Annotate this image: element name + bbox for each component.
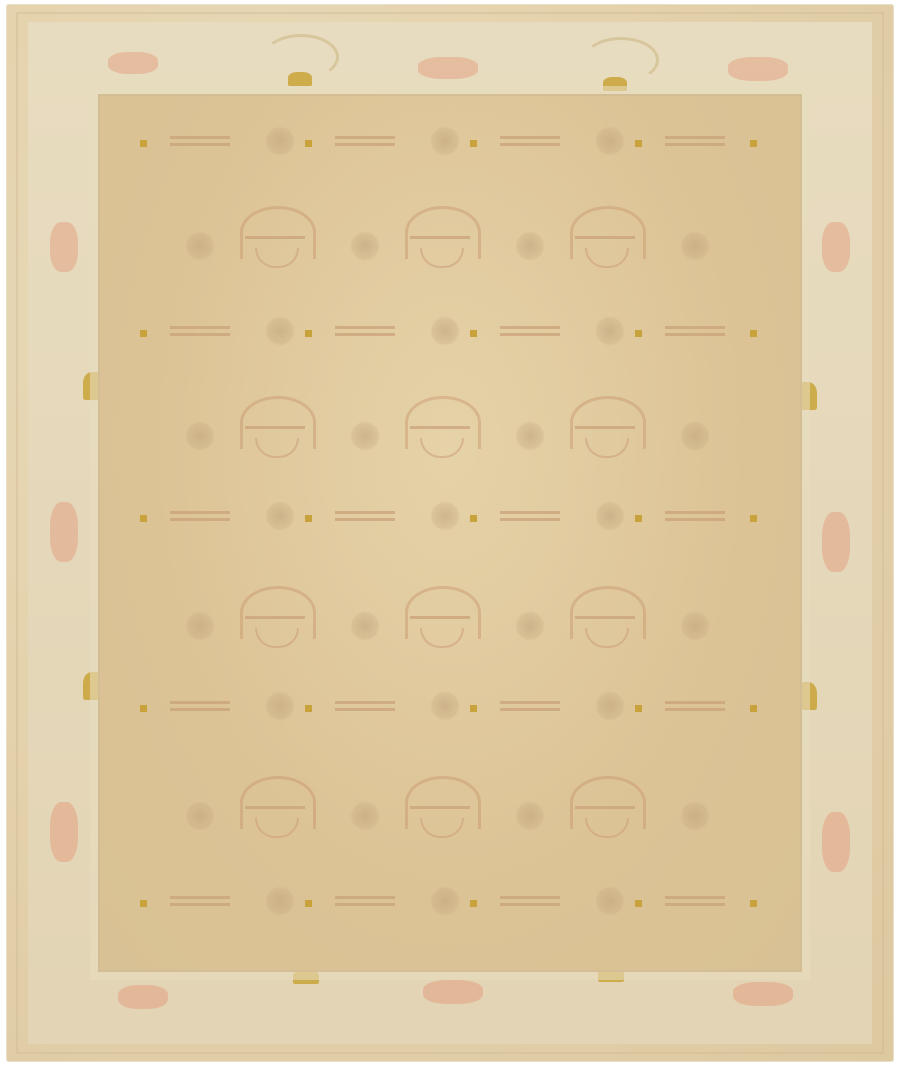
rosette-motif <box>185 421 215 451</box>
urn-motif <box>500 701 560 741</box>
urn-motif <box>500 896 560 936</box>
mustard-dot <box>305 515 312 522</box>
mustard-dot <box>470 900 477 907</box>
urn-motif <box>245 806 305 846</box>
border-flower <box>822 812 850 872</box>
rosette-motif <box>515 421 545 451</box>
motif-row <box>100 316 800 386</box>
rosette-motif <box>350 801 380 831</box>
rug <box>6 4 894 1062</box>
rosette-motif <box>680 611 710 641</box>
border-flower <box>50 222 78 272</box>
border-flower <box>822 222 850 272</box>
rosette-motif <box>350 421 380 451</box>
mustard-dot <box>635 705 642 712</box>
motif-row <box>100 586 800 656</box>
urn-motif <box>500 326 560 366</box>
motif-row <box>100 886 800 956</box>
mustard-dot <box>635 900 642 907</box>
mustard-dot <box>140 330 147 337</box>
mustard-dot <box>635 515 642 522</box>
rosette-motif <box>185 611 215 641</box>
rosette-motif <box>680 421 710 451</box>
rosette-motif <box>265 126 295 156</box>
border-tulip <box>293 970 319 984</box>
mustard-dot <box>750 330 757 337</box>
border-flower <box>822 512 850 572</box>
urn-motif <box>500 136 560 176</box>
urn-motif <box>245 426 305 466</box>
rosette-motif <box>350 611 380 641</box>
rosette-motif <box>680 231 710 261</box>
urn-motif <box>665 896 725 936</box>
rosette-motif <box>595 501 625 531</box>
urn-motif <box>335 701 395 741</box>
border-flower <box>418 57 478 79</box>
mustard-dot <box>140 705 147 712</box>
motif-row <box>100 691 800 761</box>
border-flower <box>423 980 483 1004</box>
urn-motif <box>575 426 635 466</box>
urn-motif <box>410 616 470 656</box>
mustard-dot <box>305 140 312 147</box>
border-flower <box>50 502 78 562</box>
urn-motif <box>575 236 635 276</box>
rug-field <box>98 94 802 972</box>
rosette-motif <box>515 231 545 261</box>
urn-motif <box>665 136 725 176</box>
urn-motif <box>500 511 560 551</box>
motif-row <box>100 126 800 196</box>
rosette-motif <box>350 231 380 261</box>
motif-row <box>100 501 800 571</box>
mustard-dot <box>470 515 477 522</box>
urn-motif <box>170 326 230 366</box>
border-scroll <box>263 34 339 80</box>
urn-motif <box>245 236 305 276</box>
urn-motif <box>665 511 725 551</box>
mustard-dot <box>470 705 477 712</box>
border-scroll <box>583 37 659 83</box>
rosette-motif <box>595 126 625 156</box>
rosette-motif <box>430 126 460 156</box>
rosette-motif <box>515 801 545 831</box>
rosette-motif <box>265 886 295 916</box>
mustard-dot <box>140 140 147 147</box>
mustard-dot <box>750 140 757 147</box>
urn-motif <box>335 136 395 176</box>
mustard-dot <box>140 515 147 522</box>
rosette-motif <box>265 691 295 721</box>
urn-motif <box>410 236 470 276</box>
urn-motif <box>335 326 395 366</box>
rosette-motif <box>595 886 625 916</box>
mustard-dot <box>305 900 312 907</box>
border-flower <box>728 57 788 81</box>
border-flower <box>50 802 78 862</box>
urn-motif <box>335 511 395 551</box>
urn-motif <box>575 806 635 846</box>
rosette-motif <box>680 801 710 831</box>
urn-motif <box>575 616 635 656</box>
mustard-dot <box>635 330 642 337</box>
border-flower <box>108 52 158 74</box>
mustard-dot <box>140 900 147 907</box>
urn-motif <box>245 616 305 656</box>
motif-row <box>100 396 800 466</box>
mustard-dot <box>470 330 477 337</box>
rosette-motif <box>430 501 460 531</box>
mustard-dot <box>750 900 757 907</box>
rosette-motif <box>595 316 625 346</box>
mustard-dot <box>635 140 642 147</box>
mustard-dot <box>750 705 757 712</box>
rosette-motif <box>430 691 460 721</box>
urn-motif <box>170 701 230 741</box>
rosette-motif <box>515 611 545 641</box>
urn-motif <box>410 806 470 846</box>
urn-motif <box>665 326 725 366</box>
mustard-dot <box>305 330 312 337</box>
rosette-motif <box>265 501 295 531</box>
rosette-motif <box>595 691 625 721</box>
border-flower <box>118 985 168 1009</box>
urn-motif <box>335 896 395 936</box>
rosette-motif <box>185 801 215 831</box>
motif-row <box>100 776 800 846</box>
motif-row <box>100 206 800 276</box>
urn-motif <box>170 511 230 551</box>
urn-motif <box>665 701 725 741</box>
border-flower <box>733 982 793 1006</box>
urn-motif <box>170 896 230 936</box>
urn-motif <box>170 136 230 176</box>
rosette-motif <box>430 886 460 916</box>
rosette-motif <box>185 231 215 261</box>
rosette-motif <box>265 316 295 346</box>
mustard-dot <box>470 140 477 147</box>
rosette-motif <box>430 316 460 346</box>
urn-motif <box>410 426 470 466</box>
mustard-dot <box>305 705 312 712</box>
mustard-dot <box>750 515 757 522</box>
